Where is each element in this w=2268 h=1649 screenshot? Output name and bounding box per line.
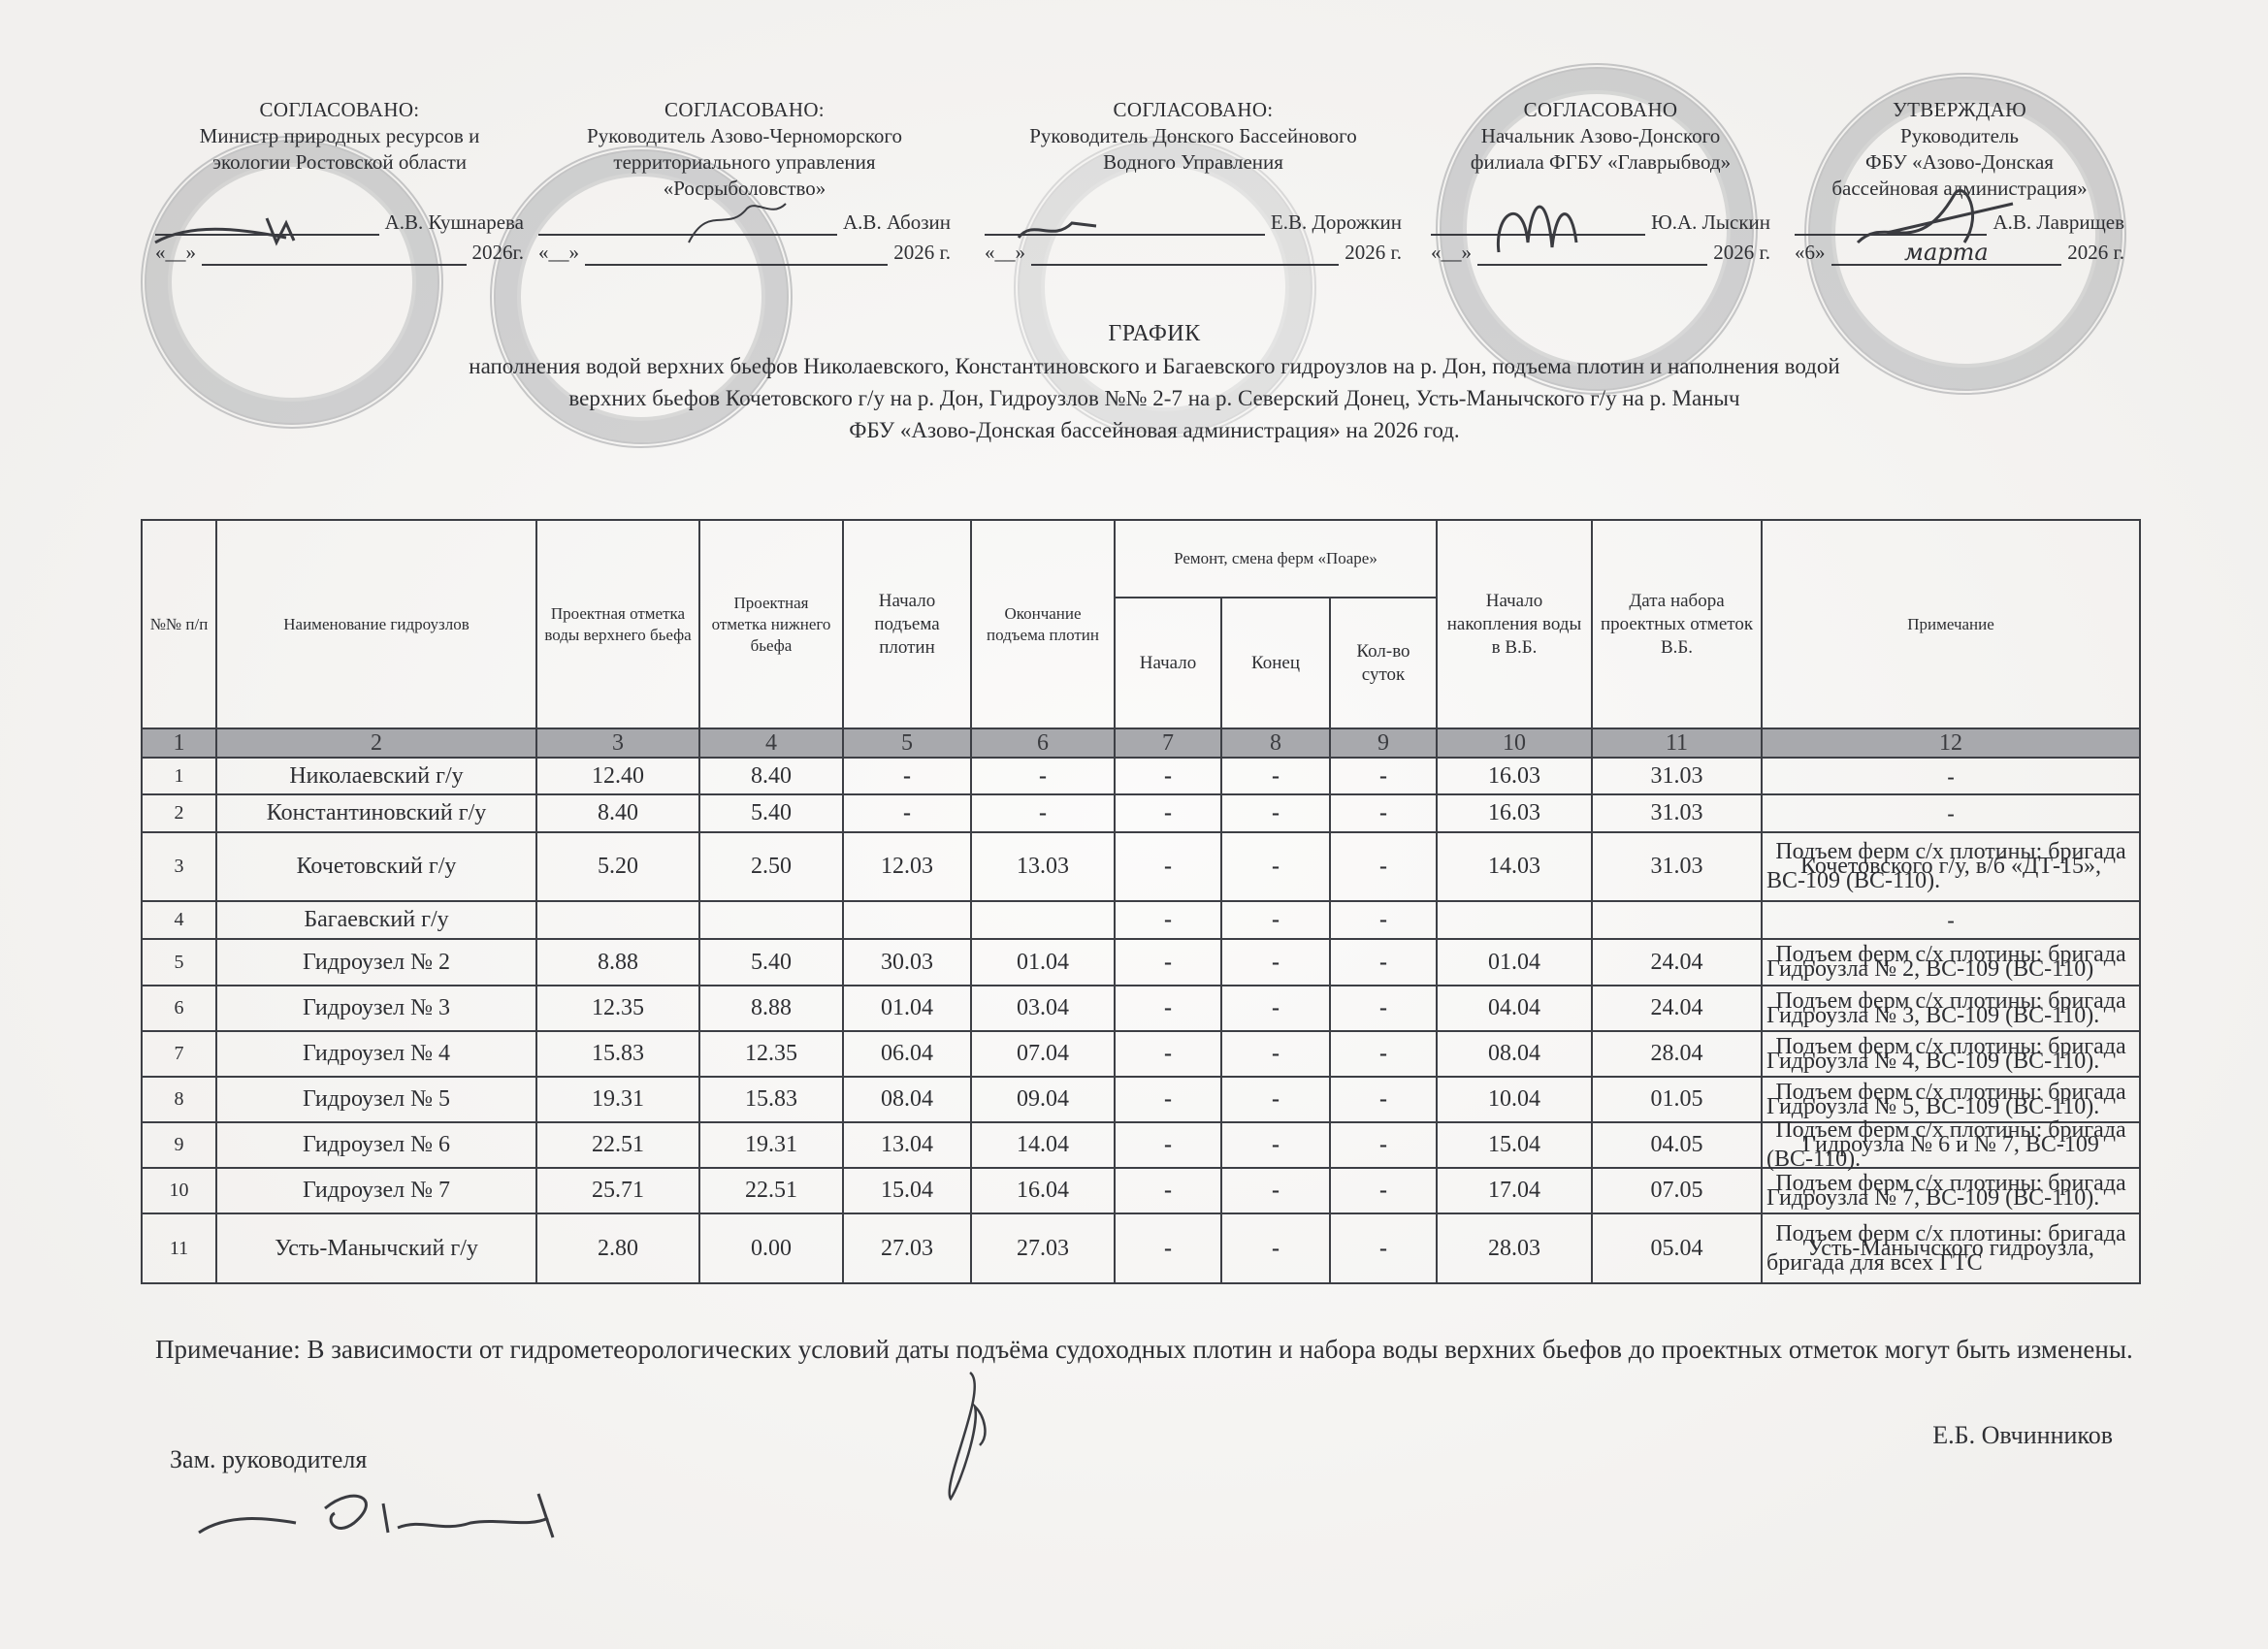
fill-start: 08.04 [1437,1031,1592,1077]
repair-start: - [1115,1077,1221,1122]
dam-lift-end: 09.04 [971,1077,1115,1122]
dam-lift-start: 30.03 [843,939,971,986]
fill-start: 01.04 [1437,939,1592,986]
title-line-2: верхних бьефов Кочетовского г/у на р. До… [194,382,2115,414]
approval-position: Руководитель [1795,123,2124,149]
approval-day: «__» [1431,240,1472,266]
row-note: Подъем ферм с/х плотины: бригада Гидроуз… [1762,1168,2140,1213]
table-row: 6Гидроузел № 312.358.8801.0403.04---04.0… [142,986,2140,1031]
approval-year: 2026 г. [1345,240,1402,266]
column-number: 12 [1762,728,2140,758]
hydro-node-name: Кочетовский г/у [216,832,536,901]
row-number: 7 [142,1031,216,1077]
header-repair-days: Кол-во суток [1330,598,1437,728]
fill-date: 07.05 [1592,1168,1762,1213]
table-row: 4Багаевский г/у---- [142,901,2140,939]
table-row: 8Гидроузел № 519.3115.8308.0409.04---10.… [142,1077,2140,1122]
approval-label: СОГЛАСОВАНО: [538,97,951,123]
column-number: 9 [1330,728,1437,758]
lower-mark: 19.31 [699,1122,843,1168]
row-number: 1 [142,758,216,794]
hydro-node-name: Усть-Манычский г/у [216,1213,536,1283]
fill-date: 28.04 [1592,1031,1762,1077]
lower-mark: 15.83 [699,1077,843,1122]
fill-date: 24.04 [1592,986,1762,1031]
row-note: - [1762,758,2140,794]
repair-end: - [1221,832,1330,901]
repair-start: - [1115,1168,1221,1213]
row-number: 6 [142,986,216,1031]
fill-date: 31.03 [1592,758,1762,794]
table-row: 1Николаевский г/у12.408.40-----16.0331.0… [142,758,2140,794]
footer-signer-name: Е.Б. Овчинников [1932,1421,2113,1450]
repair-start: - [1115,901,1221,939]
fill-date: 24.04 [1592,939,1762,986]
signature-scribble [189,1479,567,1547]
row-number: 11 [142,1213,216,1283]
dam-lift-end: - [971,758,1115,794]
repair-start: - [1115,1031,1221,1077]
signature-scribble [1014,209,1101,247]
dam-lift-end: 03.04 [971,986,1115,1031]
lower-mark [699,901,843,939]
header-fill-start: Начало накопления воды в В.Б. [1437,520,1592,728]
dam-lift-start: 01.04 [843,986,971,1031]
column-number: 6 [971,728,1115,758]
approval-position: филиала ФГБУ «Главрыбвод» [1431,149,1770,176]
header-repair-start: Начало [1115,598,1221,728]
header-upper-mark: Проектная отметка воды верхнего бьефа [536,520,699,728]
upper-mark: 8.88 [536,939,699,986]
fill-date [1592,901,1762,939]
repair-days: - [1330,939,1437,986]
row-number: 10 [142,1168,216,1213]
column-number: 2 [216,728,536,758]
repair-end: - [1221,939,1330,986]
row-number: 3 [142,832,216,901]
approval-position: Руководитель Азово-Черноморского [538,123,951,149]
lower-mark: 0.00 [699,1213,843,1283]
dam-lift-start: 13.04 [843,1122,971,1168]
header-repair-end: Конец [1221,598,1330,728]
approval-position: Министр природных ресурсов и [155,123,524,149]
column-number-row: 123456789101112 [142,728,2140,758]
repair-days: - [1330,986,1437,1031]
fill-start: 16.03 [1437,794,1592,832]
repair-start: - [1115,794,1221,832]
table-row: 10Гидроузел № 725.7122.5115.0416.04---17… [142,1168,2140,1213]
hydro-node-name: Гидроузел № 5 [216,1077,536,1122]
fill-start: 04.04 [1437,986,1592,1031]
fill-date: 31.03 [1592,832,1762,901]
hydro-node-name: Константиновский г/у [216,794,536,832]
dam-lift-start: 08.04 [843,1077,971,1122]
approval-position: Начальник Азово-Донского [1431,123,1770,149]
column-number: 3 [536,728,699,758]
column-number: 7 [1115,728,1221,758]
dam-lift-end: 07.04 [971,1031,1115,1077]
table-row: 11Усть-Манычский г/у2.800.0027.0327.03--… [142,1213,2140,1283]
repair-end: - [1221,901,1330,939]
hydro-node-name: Гидроузел № 7 [216,1168,536,1213]
repair-days: - [1330,1168,1437,1213]
repair-start: - [1115,758,1221,794]
fill-date: 31.03 [1592,794,1762,832]
dam-lift-end [971,901,1115,939]
approval-label: СОГЛАСОВАНО: [155,97,524,123]
repair-days: - [1330,1122,1437,1168]
table-row: 5Гидроузел № 28.885.4030.0301.04---01.04… [142,939,2140,986]
header-name: Наименование гидроузлов [216,520,536,728]
approval-position: Водного Управления [985,149,1402,176]
dam-lift-start [843,901,971,939]
repair-end: - [1221,986,1330,1031]
title-line-3: ФБУ «Азово-Донская бассейновая администр… [194,414,2115,446]
repair-start: - [1115,832,1221,901]
approval-position: Руководитель Донского Бассейнового [985,123,1402,149]
upper-mark: 2.80 [536,1213,699,1283]
title-line-1: наполнения водой верхних бьефов Николаев… [194,350,2115,382]
dam-lift-end: - [971,794,1115,832]
row-note: Подъем ферм с/х плотины: бригада Гидроуз… [1762,1031,2140,1077]
column-number: 4 [699,728,843,758]
lower-mark: 5.40 [699,939,843,986]
dam-lift-end: 01.04 [971,939,1115,986]
hydro-node-name: Гидроузел № 6 [216,1122,536,1168]
dam-lift-end: 13.03 [971,832,1115,901]
header-repair-group: Ремонт, смена ферм «Поаре» [1115,520,1437,598]
fill-start [1437,901,1592,939]
hydro-node-name: Гидроузел № 2 [216,939,536,986]
row-note: Подъем ферм с/х плотины: бригада Гидроуз… [1762,1077,2140,1122]
repair-days: - [1330,758,1437,794]
schedule-table: №№ п/п Наименование гидроузлов Проектная… [141,519,2141,1284]
row-note: - [1762,901,2140,939]
dam-lift-start: 06.04 [843,1031,971,1077]
approval-position: экологии Ростовской области [155,149,524,176]
table-row: 3Кочетовский г/у5.202.5012.0313.03---14.… [142,832,2140,901]
row-number: 4 [142,901,216,939]
repair-end: - [1221,1077,1330,1122]
header-note: Примечание [1762,520,2140,728]
signature-scribble [1848,175,2023,272]
lower-mark: 2.50 [699,832,843,901]
upper-mark: 25.71 [536,1168,699,1213]
upper-mark [536,901,699,939]
repair-start: - [1115,1213,1221,1283]
repair-start: - [1115,939,1221,986]
approval-label: СОГЛАСОВАНО [1431,97,1770,123]
approval-year: 2026 г. [1713,240,1770,266]
approval-label: УТВЕРЖДАЮ [1795,97,2124,123]
upper-mark: 19.31 [536,1077,699,1122]
approval-signer: Ю.А. Лыскин [1651,210,1770,236]
repair-end: - [1221,794,1330,832]
footer-signer-position: Зам. руководителя [170,1445,367,1474]
row-note: Подъем ферм с/х плотины: бригада Усть-Ма… [1762,1213,2140,1283]
header-lower-mark: Проектная отметка нижнего бьефа [699,520,843,728]
approval-signer: А.В. Абозин [843,210,951,236]
column-number: 5 [843,728,971,758]
row-note: Подъем ферм с/х плотины: бригада Гидроуз… [1762,1122,2140,1168]
lower-mark: 8.88 [699,986,843,1031]
repair-days: - [1330,794,1437,832]
repair-days: - [1330,1077,1437,1122]
fill-date: 05.04 [1592,1213,1762,1283]
approval-year: 2026 г. [2067,240,2124,266]
fill-start: 14.03 [1437,832,1592,901]
approval-label: СОГЛАСОВАНО: [985,97,1402,123]
row-note: Подъем ферм с/х плотины: бригада Гидроуз… [1762,939,2140,986]
column-number: 8 [1221,728,1330,758]
signature-scribble [150,209,364,252]
column-number: 1 [142,728,216,758]
approval-year: 2026г. [472,240,525,266]
fill-date: 01.05 [1592,1077,1762,1122]
lower-mark: 22.51 [699,1168,843,1213]
row-note: - [1762,794,2140,832]
lower-mark: 8.40 [699,758,843,794]
approval-day: «6» [1795,240,1826,266]
row-number: 8 [142,1077,216,1122]
repair-end: - [1221,758,1330,794]
fill-date: 04.05 [1592,1122,1762,1168]
lower-mark: 5.40 [699,794,843,832]
document-title: ГРАФИК наполнения водой верхних бьефов Н… [194,318,2115,446]
row-note: Подъем ферм с/х плотины: бригада Гидроуз… [1762,986,2140,1031]
approval-position: территориального управления [538,149,951,176]
repair-start: - [1115,986,1221,1031]
signature-scribble [931,1368,1009,1503]
approval-signer: А.В. Кушнарева [385,210,524,236]
row-number: 9 [142,1122,216,1168]
repair-start: - [1115,1122,1221,1168]
row-number: 2 [142,794,216,832]
approval-year: 2026 г. [893,240,951,266]
fill-start: 17.04 [1437,1168,1592,1213]
upper-mark: 8.40 [536,794,699,832]
dam-lift-start: - [843,794,971,832]
dam-lift-end: 14.04 [971,1122,1115,1168]
dam-lift-start: - [843,758,971,794]
hydro-node-name: Николаевский г/у [216,758,536,794]
fill-start: 15.04 [1437,1122,1592,1168]
dam-lift-end: 27.03 [971,1213,1115,1283]
header-fill-date: Дата набора проектных отметок В.Б. [1592,520,1762,728]
table-row: 2Константиновский г/у8.405.40-----16.033… [142,794,2140,832]
row-note: Подъем ферм с/х плотины: бригада Кочетов… [1762,832,2140,901]
upper-mark: 5.20 [536,832,699,901]
upper-mark: 22.51 [536,1122,699,1168]
lower-mark: 12.35 [699,1031,843,1077]
header-dam-start: Начало подъема плотин [843,520,971,728]
signature-scribble [1484,175,1591,272]
repair-end: - [1221,1213,1330,1283]
fill-start: 10.04 [1437,1077,1592,1122]
signature-scribble [679,194,795,252]
dam-lift-start: 27.03 [843,1213,971,1283]
hydro-node-name: Гидроузел № 3 [216,986,536,1031]
table-row: 9Гидроузел № 622.5119.3113.0414.04---15.… [142,1122,2140,1168]
repair-end: - [1221,1122,1330,1168]
repair-end: - [1221,1031,1330,1077]
repair-end: - [1221,1168,1330,1213]
dam-lift-start: 15.04 [843,1168,971,1213]
upper-mark: 12.40 [536,758,699,794]
fill-start: 28.03 [1437,1213,1592,1283]
upper-mark: 15.83 [536,1031,699,1077]
header-dam-end: Окончание подъема плотин [971,520,1115,728]
hydro-node-name: Багаевский г/у [216,901,536,939]
approval-position: ФБУ «Азово-Донская [1795,149,2124,176]
dam-lift-end: 16.04 [971,1168,1115,1213]
repair-days: - [1330,1213,1437,1283]
title-heading: ГРАФИК [194,318,2115,350]
approval-day: «__» [538,240,579,266]
repair-days: - [1330,901,1437,939]
footer-note: Примечание: В зависимости от гидрометеор… [155,1329,2134,1370]
column-number: 10 [1437,728,1592,758]
repair-days: - [1330,832,1437,901]
upper-mark: 12.35 [536,986,699,1031]
column-number: 11 [1592,728,1762,758]
row-number: 5 [142,939,216,986]
header-num: №№ п/п [142,520,216,728]
hydro-node-name: Гидроузел № 4 [216,1031,536,1077]
approval-signer: Е.В. Дорожкин [1271,210,1402,236]
dam-lift-start: 12.03 [843,832,971,901]
repair-days: - [1330,1031,1437,1077]
table-row: 7Гидроузел № 415.8312.3506.0407.04---08.… [142,1031,2140,1077]
approval-block-4: СОГЛАСОВАНО Начальник Азово-Донского фил… [1431,97,1770,266]
fill-start: 16.03 [1437,758,1592,794]
